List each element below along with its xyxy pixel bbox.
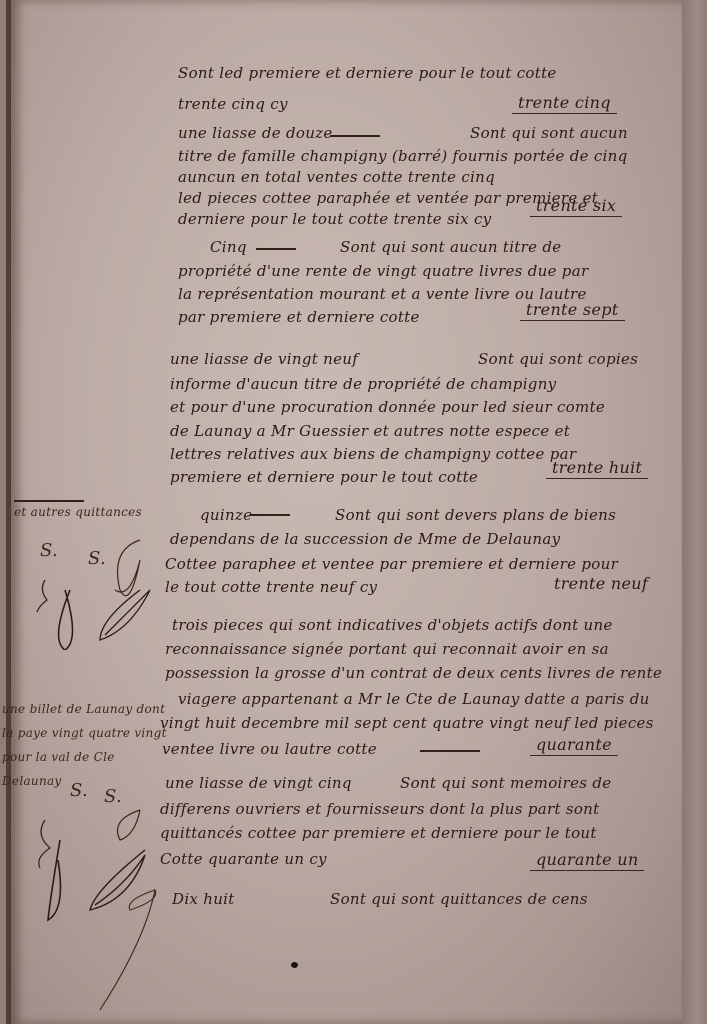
body-line: Dix huit: [172, 890, 235, 908]
body-line: Sont qui sont copies: [478, 350, 638, 368]
body-line: Cinq: [210, 238, 247, 256]
margin-initial: S.: [70, 780, 88, 801]
body-line: differens ouvriers et fournisseurs dont …: [160, 800, 599, 818]
body-line: reconnaissance signée portant qui reconn…: [165, 640, 609, 658]
body-line: informe d'aucun titre de propriété de ch…: [170, 375, 556, 393]
page-binding-edge: [6, 0, 11, 1024]
dash-rule: [256, 248, 296, 250]
margin-note: pour la val de Cle: [2, 750, 115, 764]
body-line: Sont qui sont quittances de cens: [330, 890, 588, 908]
body-line: vingt huit decembre mil sept cent quatre…: [160, 714, 654, 732]
marginal-amount: trente cinq: [512, 93, 617, 114]
body-line: trois pieces qui sont indicatives d'obje…: [172, 616, 613, 634]
body-line: ventee livre ou lautre cotte: [162, 740, 377, 758]
marginal-amount: trente six: [530, 196, 622, 217]
body-line: viagere appartenant a Mr le Cte de Launa…: [178, 690, 650, 708]
body-line: dependans de la succession de Mme de Del…: [170, 530, 560, 548]
body-line: de Launay a Mr Guessier et autres notte …: [170, 422, 570, 440]
body-line: une liasse de douze: [178, 124, 333, 142]
marginal-amount: trente sept: [520, 300, 625, 321]
body-line: le tout cotte trente neuf cy: [165, 578, 377, 596]
marginal-amount: trente neuf: [548, 574, 654, 594]
body-line: quinze: [200, 506, 252, 524]
margin-note: et autres quittances: [14, 505, 142, 519]
body-line: Sont qui sont aucun: [470, 124, 628, 142]
signature-paraph-flourish: [20, 520, 170, 650]
body-line: Cotte quarante un cy: [160, 850, 327, 868]
body-line: derniere pour le tout cotte trente six c…: [178, 210, 491, 228]
body-line: lettres relatives aux biens de champigny…: [170, 445, 576, 463]
body-line: trente cinq cy: [178, 95, 288, 113]
body-line: une liasse de vingt cinq: [165, 774, 352, 792]
signature-paraph-flourish: [20, 800, 170, 1020]
body-line: Sont qui sont aucun titre de: [340, 238, 561, 256]
body-line: auncun en total ventes cotte trente cinq: [178, 168, 495, 186]
margin-note: Delaunay: [2, 774, 62, 788]
margin-note: une billet de Launay dont: [2, 702, 165, 716]
marginal-amount: quarante: [530, 735, 618, 756]
margin-note: la paye vingt quatre vingt: [2, 726, 167, 740]
dash-rule: [420, 750, 480, 752]
body-line: quittancés cottee par premiere et dernie…: [160, 824, 597, 842]
body-line: Sont qui sont devers plans de biens: [335, 506, 616, 524]
ink-blot: [291, 962, 298, 968]
body-line: propriété d'une rente de vingt quatre li…: [178, 262, 588, 280]
marginal-amount: trente huit: [546, 458, 648, 479]
body-line: premiere et derniere pour le tout cotte: [170, 468, 478, 486]
body-line: et pour d'une procuration donnée pour le…: [170, 398, 605, 416]
body-line: titre de famille champigny (barré) fourn…: [178, 147, 628, 165]
marginal-amount: quarante un: [530, 850, 644, 871]
body-line: une liasse de vingt neuf: [170, 350, 358, 368]
dash-rule: [250, 514, 290, 516]
dash-rule: [330, 135, 380, 137]
margin-rule: [14, 500, 84, 502]
body-line: par premiere et derniere cotte: [178, 308, 420, 326]
body-line: Cottee paraphee et ventee par premiere e…: [165, 555, 618, 573]
body-line: Sont led premiere et derniere pour le to…: [178, 64, 557, 82]
body-line: possession la grosse d'un contrat de deu…: [165, 664, 662, 682]
body-line: Sont qui sont memoires de: [400, 774, 611, 792]
page-right-edge-shadow: [682, 0, 707, 1024]
